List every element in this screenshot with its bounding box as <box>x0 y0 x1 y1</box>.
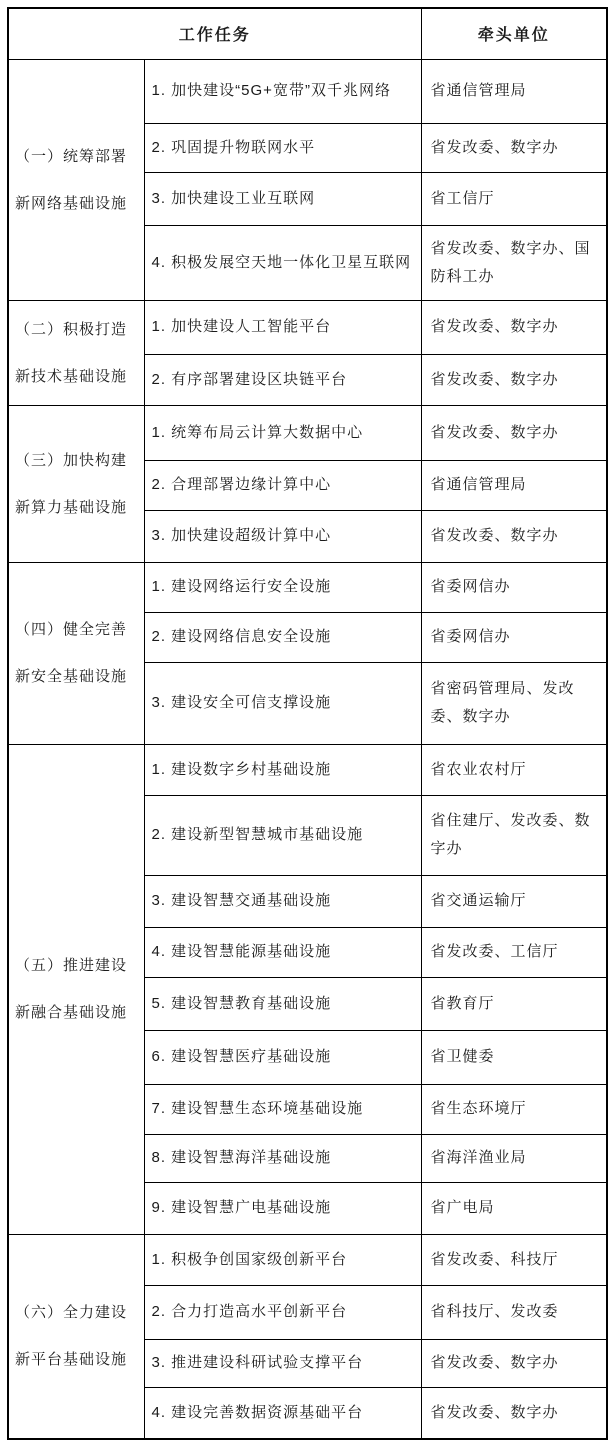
task-group-6: （六）全力建设新平台基础设施 1. 积极争创国家级创新平台 省发改委、科技厅 2… <box>8 1234 607 1439</box>
unit-cell: 省通信管理局 <box>421 59 607 123</box>
task-cell: 1. 加快建设“5G+宽带”双千兆网络 <box>144 59 421 123</box>
task-cell: 2. 有序部署建设区块链平台 <box>144 354 421 405</box>
task-group-4: （四）健全完善新安全基础设施 1. 建设网络运行安全设施 省委网信办 2. 建设… <box>8 562 607 744</box>
task-group-1: （一）统筹部署新网络基础设施 1. 加快建设“5G+宽带”双千兆网络 省通信管理… <box>8 59 607 300</box>
category-cell: （六）全力建设新平台基础设施 <box>8 1234 144 1439</box>
unit-cell: 省教育厅 <box>421 977 607 1030</box>
task-cell: 1. 统筹布局云计算大数据中心 <box>144 405 421 460</box>
unit-cell: 省工信厅 <box>421 172 607 225</box>
task-cell: 4. 积极发展空天地一体化卫星互联网 <box>144 225 421 300</box>
table-row: （二）积极打造新技术基础设施 1. 加快建设人工智能平台 省发改委、数字办 <box>8 300 607 354</box>
task-cell: 2. 合理部署边缘计算中心 <box>144 460 421 510</box>
task-group-3: （三）加快构建新算力基础设施 1. 统筹布局云计算大数据中心 省发改委、数字办 … <box>8 405 607 562</box>
unit-cell: 省委网信办 <box>421 562 607 612</box>
unit-cell: 省发改委、数字办 <box>421 405 607 460</box>
task-group-2: （二）积极打造新技术基础设施 1. 加快建设人工智能平台 省发改委、数字办 2.… <box>8 300 607 405</box>
table-row: （五）推进建设新融合基础设施 1. 建设数字乡村基础设施 省农业农村厅 <box>8 744 607 795</box>
unit-cell: 省住建厅、发改委、数字办 <box>421 795 607 875</box>
task-cell: 2. 建设网络信息安全设施 <box>144 612 421 662</box>
unit-cell: 省海洋渔业局 <box>421 1134 607 1182</box>
unit-cell: 省发改委、数字办 <box>421 1387 607 1439</box>
unit-cell: 省生态环境厅 <box>421 1084 607 1134</box>
task-cell: 1. 积极争创国家级创新平台 <box>144 1234 421 1285</box>
tasks-table: 工作任务 牵头单位 （一）统筹部署新网络基础设施 1. 加快建设“5G+宽带”双… <box>7 7 608 1440</box>
unit-cell: 省农业农村厅 <box>421 744 607 795</box>
unit-cell: 省通信管理局 <box>421 460 607 510</box>
unit-cell: 省密码管理局、发改委、数字办 <box>421 662 607 744</box>
task-cell: 2. 建设新型智慧城市基础设施 <box>144 795 421 875</box>
task-cell: 3. 建设安全可信支撑设施 <box>144 662 421 744</box>
unit-cell: 省发改委、数字办 <box>421 510 607 562</box>
unit-cell: 省科技厅、发改委 <box>421 1285 607 1339</box>
unit-cell: 省发改委、数字办 <box>421 123 607 172</box>
table-row: （三）加快构建新算力基础设施 1. 统筹布局云计算大数据中心 省发改委、数字办 <box>8 405 607 460</box>
category-cell: （一）统筹部署新网络基础设施 <box>8 59 144 300</box>
table-row: （四）健全完善新安全基础设施 1. 建设网络运行安全设施 省委网信办 <box>8 562 607 612</box>
task-cell: 3. 建设智慧交通基础设施 <box>144 875 421 927</box>
unit-cell: 省交通运输厅 <box>421 875 607 927</box>
task-group-5: （五）推进建设新融合基础设施 1. 建设数字乡村基础设施 省农业农村厅 2. 建… <box>8 744 607 1234</box>
task-cell: 3. 加快建设工业互联网 <box>144 172 421 225</box>
table-header-row: 工作任务 牵头单位 <box>8 8 607 59</box>
document-page: 工作任务 牵头单位 （一）统筹部署新网络基础设施 1. 加快建设“5G+宽带”双… <box>0 0 613 1447</box>
table-row: （六）全力建设新平台基础设施 1. 积极争创国家级创新平台 省发改委、科技厅 <box>8 1234 607 1285</box>
table-row: （一）统筹部署新网络基础设施 1. 加快建设“5G+宽带”双千兆网络 省通信管理… <box>8 59 607 123</box>
task-cell: 2. 巩固提升物联网水平 <box>144 123 421 172</box>
category-cell: （二）积极打造新技术基础设施 <box>8 300 144 405</box>
task-cell: 4. 建设完善数据资源基础平台 <box>144 1387 421 1439</box>
task-cell: 1. 加快建设人工智能平台 <box>144 300 421 354</box>
lead-unit-header-cell: 牵头单位 <box>421 8 607 59</box>
unit-cell: 省广电局 <box>421 1182 607 1234</box>
unit-cell: 省发改委、数字办 <box>421 1339 607 1387</box>
task-cell: 9. 建设智慧广电基础设施 <box>144 1182 421 1234</box>
task-cell: 1. 建设数字乡村基础设施 <box>144 744 421 795</box>
task-cell: 4. 建设智慧能源基础设施 <box>144 927 421 977</box>
work-tasks-header-cell: 工作任务 <box>8 8 421 59</box>
task-cell: 7. 建设智慧生态环境基础设施 <box>144 1084 421 1134</box>
unit-cell: 省发改委、数字办、国防科工办 <box>421 225 607 300</box>
unit-cell: 省委网信办 <box>421 612 607 662</box>
unit-cell: 省发改委、数字办 <box>421 354 607 405</box>
category-cell: （五）推进建设新融合基础设施 <box>8 744 144 1234</box>
task-cell: 1. 建设网络运行安全设施 <box>144 562 421 612</box>
category-cell: （四）健全完善新安全基础设施 <box>8 562 144 744</box>
unit-cell: 省卫健委 <box>421 1030 607 1084</box>
task-cell: 2. 合力打造高水平创新平台 <box>144 1285 421 1339</box>
task-cell: 3. 推进建设科研试验支撑平台 <box>144 1339 421 1387</box>
task-cell: 8. 建设智慧海洋基础设施 <box>144 1134 421 1182</box>
unit-cell: 省发改委、数字办 <box>421 300 607 354</box>
category-cell: （三）加快构建新算力基础设施 <box>8 405 144 562</box>
task-cell: 3. 加快建设超级计算中心 <box>144 510 421 562</box>
task-cell: 6. 建设智慧医疗基础设施 <box>144 1030 421 1084</box>
unit-cell: 省发改委、工信厅 <box>421 927 607 977</box>
task-cell: 5. 建设智慧教育基础设施 <box>144 977 421 1030</box>
unit-cell: 省发改委、科技厅 <box>421 1234 607 1285</box>
